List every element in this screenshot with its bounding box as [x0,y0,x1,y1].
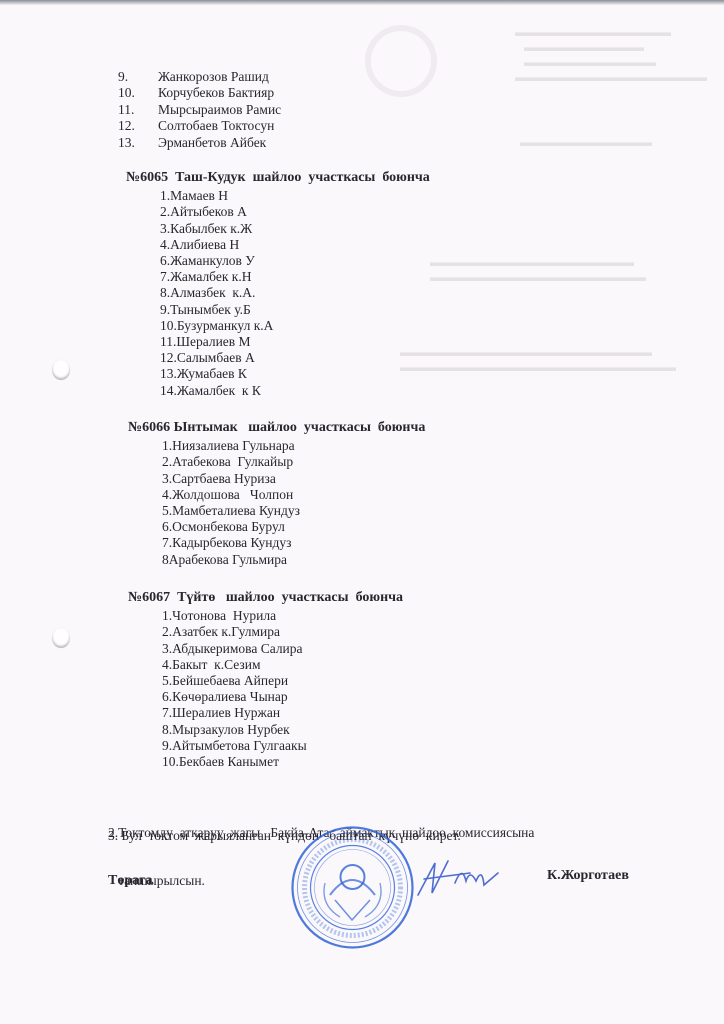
list-item: 2.Азатбек к.Гулмира [162,624,403,640]
bleed-through-seal [365,25,437,97]
list-item: 1.Мамаев Н [160,188,430,204]
list-item: 14.Жамалбек к К [160,383,430,399]
punch-hole [52,628,70,648]
list-item: 1.Чотонова Нурила [162,608,403,624]
bleed-through-text: ▬▬▬▬▬▬▬▬▬▬▬▬▬ ▬▬▬▬▬▬▬▬▬▬ ▬▬▬▬▬▬▬▬▬▬▬ ▬▬▬… [515,25,707,85]
continued-member-list: 9.Жанкорозов Рашид 10.Корчубеков Бактияр… [118,69,281,151]
punch-hole [52,360,70,380]
section-heading: №6066 Ынтымак шайлоо участкасы боюнча [128,420,425,436]
list-item: 10.Бузурманкул к.А [160,318,430,334]
bleed-through-text: ▬▬▬▬▬▬▬▬▬▬▬ [520,135,652,150]
section-6066: №6066 Ынтымак шайлоо участкасы боюнча 1.… [128,420,425,568]
list-item: 3.Кабылбек к.Ж [160,221,430,237]
list-item: 6.Көчөралиева Чынар [162,689,403,705]
list-item: 12.Салымбаев А [160,350,430,366]
signature-scribble-icon [410,855,520,900]
list-item: 9.Тынымбек у.Б [160,302,430,318]
scan-top-edge [0,0,724,5]
list-item: 4.Бакыт к.Сезим [162,657,403,673]
list-item: 9.Айтымбетова Гулгаакы [162,738,403,754]
list-item: 4.Алибиева Н [160,237,430,253]
section-6065: №6065 Таш-Кудук шайлоо участкасы боюнча … [126,170,430,399]
list-item: 8Арабекова Гульмира [162,552,425,568]
list-item: 5.Мамбеталиева Кундуз [162,503,425,519]
list-item: 2.Атабекова Гулкайыр [162,454,425,470]
list-item: 13.Эрманбетов Айбек [118,135,281,151]
list-item: 9.Жанкорозов Рашид [118,69,281,85]
bleed-through-text: ▬▬▬▬▬▬▬▬▬▬▬▬▬▬▬▬▬▬▬▬▬ ▬▬▬▬▬▬▬▬▬▬▬▬▬▬▬▬▬▬… [400,345,676,375]
official-seal-icon [290,825,415,950]
list-item: 13.Жумабаев К [160,366,430,382]
list-item: 7.Кадырбекова Кундуз [162,535,425,551]
list-item: 6.Осмонбекова Бурул [162,519,425,535]
list-item: 10.Корчубеков Бактияр [118,85,281,101]
list-item: 4.Жолдошова Чолпон [162,487,425,503]
section-heading: №6065 Таш-Кудук шайлоо участкасы боюнча [126,170,430,186]
list-item: 12.Солтобаев Токтосун [118,118,281,134]
section-6067: №6067 Түйтө шайлоо участкасы боюнча 1.Чо… [128,590,403,770]
list-item: 11.Мырсыраимов Рамис [118,102,281,118]
list-item: 5.Бейшебаева Айпери [162,673,403,689]
list-item: 7.Жамалбек к.Н [160,269,430,285]
section-heading: №6067 Түйтө шайлоо участкасы боюнча [128,590,403,606]
list-item: 2.Айтыбеков А [160,204,430,220]
list-item: 7.Шералиев Нуржан [162,705,403,721]
list-item: 3.Сартбаева Нуриза [162,471,425,487]
list-item: 10.Бекбаев Канымет [162,754,403,770]
list-item: 3.Абдыкеримова Салира [162,641,403,657]
list-item: 11.Шералиев М [160,334,430,350]
signatory-name: К.Жорготаев [547,868,629,884]
list-item: 8.Алмазбек к.А. [160,285,430,301]
list-item: 6.Жаманкулов У [160,253,430,269]
bleed-through-text: ▬▬▬▬▬▬▬▬▬▬▬▬▬▬▬▬▬ ▬▬▬▬▬▬▬▬▬▬▬▬▬▬▬▬▬▬ [430,255,646,285]
signatory-title: Төрага [108,873,152,889]
list-item: 8.Мырзакулов Нурбек [162,722,403,738]
list-item: 1.Ниязалиева Гульнара [162,438,425,454]
